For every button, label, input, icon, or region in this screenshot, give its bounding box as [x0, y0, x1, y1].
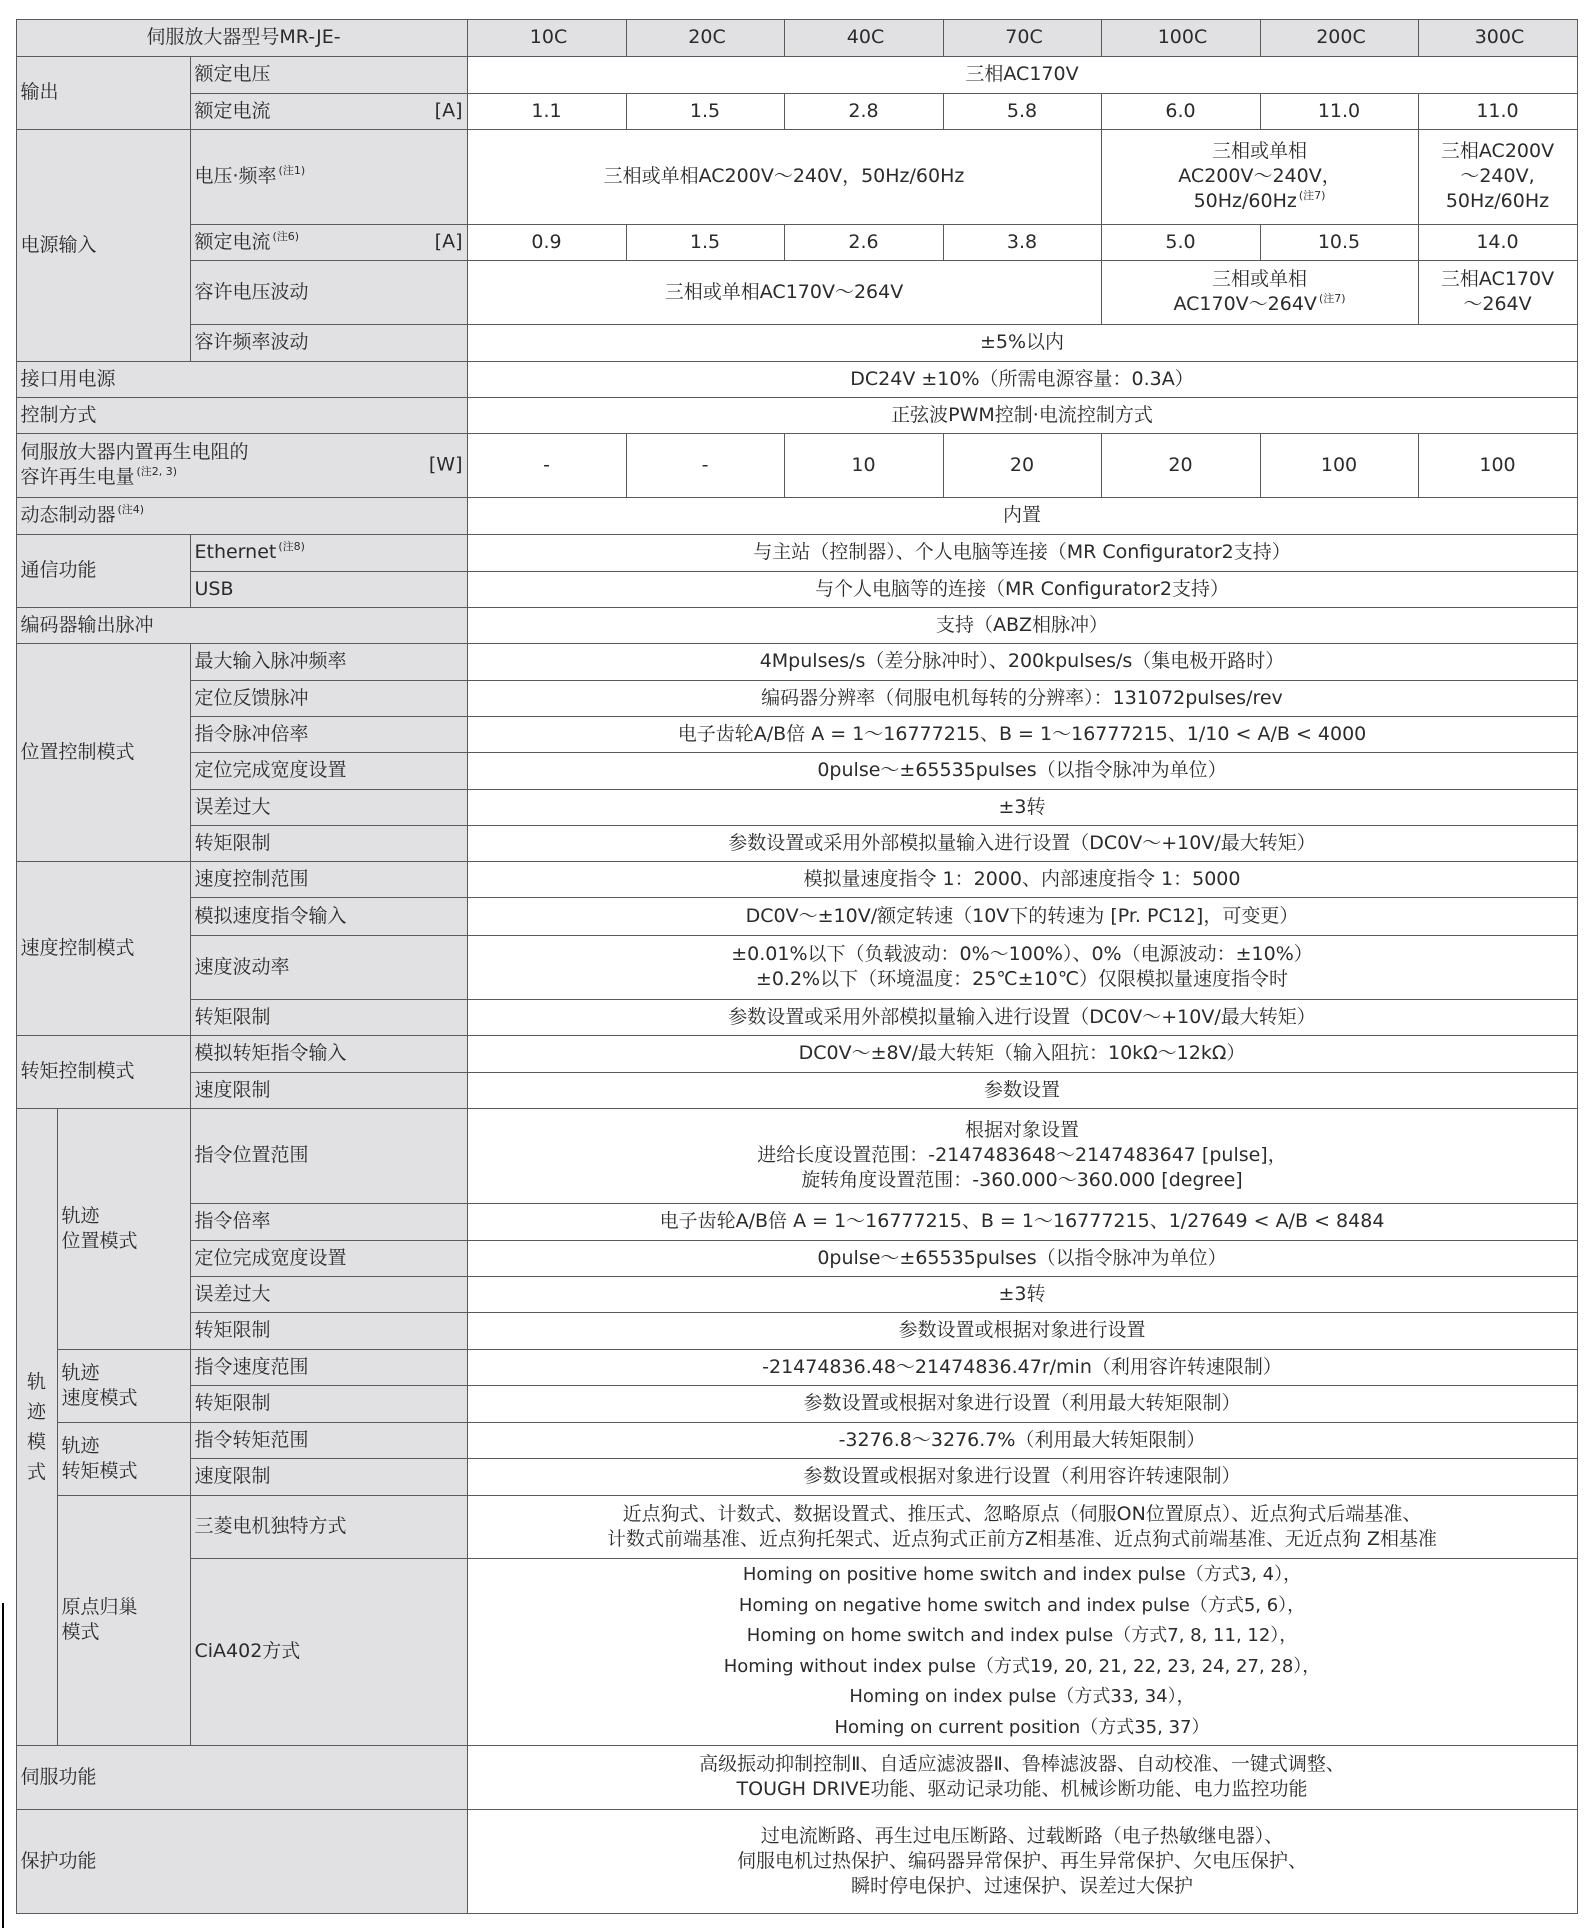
label-pos-row: 最大输入脉冲频率 [190, 643, 468, 681]
label-pos-row: 定位完成宽度设置 [190, 752, 468, 790]
value-input-current-10c: 0.9 [467, 224, 627, 261]
cell-value: 14.0 [1476, 230, 1518, 255]
label-pp-row: 指令位置范围 [190, 1108, 468, 1204]
row-value: 过电流断路、再生过电压断路、过载断路（电子热敏继电器）、 伺服电机过热保护、编码… [737, 1824, 1307, 1899]
row-label: USB [195, 577, 234, 602]
value-speed-row: 模拟量速度指令 1：2000、内部速度指令 1：5000 [467, 861, 1578, 898]
label-interface-power: 接口用电源 [16, 361, 468, 398]
cell-value: 10.5 [1318, 230, 1360, 255]
row-value: 三相或单相AC170V～264V [665, 280, 903, 305]
subgroup-profile-position: 轨迹 位置模式 [57, 1108, 191, 1350]
row-label: 转矩限制 [195, 1005, 271, 1030]
row-value: 三相或单相AC200V～240V，50Hz/60Hz [604, 164, 965, 189]
group-label: 输出 [21, 80, 59, 105]
row-label: 指令位置范围 [195, 1143, 309, 1168]
cell-value: 5.0 [1165, 230, 1195, 255]
value-voltage-frequency-mid: 三相或单相 AC200V～240V， 50Hz/60Hz(注7) [1101, 129, 1419, 225]
footnote-mark: (注7) [1319, 292, 1346, 305]
row-label: 指令倍率 [195, 1209, 271, 1234]
row-value: ±0.01%以下（负载波动：0%～100%）、0%（电源波动：±10%） ±0.… [731, 942, 1313, 992]
label-pp-row: 指令倍率 [190, 1203, 468, 1241]
row-label: 定位完成宽度设置 [195, 1246, 347, 1271]
row-value: -21474836.48～21474836.47r/min（利用容许转速限制） [762, 1355, 1282, 1380]
row-value: DC0V～±8V/最大转矩（输入阻抗：10kΩ～12kΩ） [799, 1041, 1246, 1066]
cell-value: 100 [1321, 453, 1357, 478]
row-label: 额定电压 [195, 62, 271, 87]
value-voltage-fluctuation-mid: 三相或单相 AC170V～264V(注7) [1101, 260, 1419, 325]
cell-value: 2.8 [848, 99, 878, 124]
value-regen-200c: 100 [1260, 433, 1419, 498]
header-model-20c: 20C [626, 19, 785, 57]
row-value: 参数设置或采用外部模拟量输入进行设置（DC0V～+10V/最大转矩） [728, 831, 1315, 856]
row-label: 转矩限制 [195, 831, 271, 856]
group-torque-mode: 转矩控制模式 [16, 1035, 191, 1109]
row-value: 内置 [1003, 503, 1041, 528]
page-edge-line [2, 1603, 4, 1928]
label-homing-row: 三菱电机独特方式 [190, 1495, 468, 1559]
row-label: 转矩限制 [195, 1391, 271, 1416]
row-value: 参数设置或根据对象进行设置（利用容许转速限制） [803, 1464, 1240, 1489]
value-regen-10c: - [467, 433, 627, 498]
value-input-current-200c: 10.5 [1260, 224, 1419, 261]
value-pos-row: 4Mpulses/s（差分脉冲时）、200kpulses/s（集电极开路时） [467, 643, 1578, 681]
row-label: 保护功能 [21, 1849, 97, 1874]
value-pp-row: 参数设置或根据对象进行设置 [467, 1312, 1578, 1350]
value-pos-row: 电子齿轮A/B倍 A = 1～16777215、B = 1～16777215、1… [467, 716, 1578, 753]
value-regen-100c: 20 [1101, 433, 1261, 498]
label-ethernet: Ethernet(注8) [190, 534, 468, 572]
subgroup-label: 轨迹 位置模式 [62, 1204, 138, 1254]
group-label: 位置控制模式 [21, 740, 135, 765]
subgroup-label: 轨迹 速度模式 [62, 1361, 138, 1411]
label-output-rated-current: 额定电流[A] [190, 93, 468, 130]
cell-value: 11.0 [1318, 99, 1360, 124]
label-frequency-fluctuation: 容许频率波动 [190, 324, 468, 362]
value-regen-70c: 20 [943, 433, 1102, 498]
label-torque-row: 模拟转矩指令输入 [190, 1035, 468, 1073]
header-model-text: 伺服放大器型号MR-JE- [146, 25, 340, 50]
value-speed-row: DC0V～±10V/额定转速（10V下的转速为 [Pr. PC12]，可变更） [467, 897, 1578, 936]
group-communication: 通信功能 [16, 534, 191, 608]
value-regen-40c: 10 [784, 433, 944, 498]
value-interface-power: DC24V ±10%（所需电源容量：0.3A） [467, 361, 1578, 398]
row-value: DC0V～±10V/额定转速（10V下的转速为 [Pr. PC12]，可变更） [746, 904, 1299, 929]
subgroup-profile-torque: 轨迹 转矩模式 [57, 1422, 191, 1496]
row-value: 0pulse～±65535pulses（以指令脉冲为单位） [817, 1246, 1226, 1271]
row-value: -3276.8～3276.7%（利用最大转矩限制） [839, 1428, 1206, 1453]
value-voltage-frequency-large: 三相AC200V ～240V, 50Hz/60Hz [1418, 129, 1578, 225]
row-value: ±3转 [998, 795, 1045, 820]
label-pt-row: 速度限制 [190, 1458, 468, 1496]
row-label: 速度限制 [195, 1464, 271, 1489]
row-label: 接口用电源 [21, 367, 116, 392]
label-control-method: 控制方式 [16, 397, 468, 434]
value-output-current-10c: 1.1 [467, 93, 627, 130]
row-value: 编码器分辨率（伺服电机每转的分辨率）：131072pulses/rev [761, 686, 1283, 711]
value-frequency-fluctuation: ±5%以内 [467, 324, 1578, 362]
label-pos-row: 定位反馈脉冲 [190, 680, 468, 717]
label-pv-row: 转矩限制 [190, 1385, 468, 1423]
row-label: 模拟转矩指令输入 [195, 1041, 347, 1066]
value-output-current-40c: 2.8 [784, 93, 944, 130]
label-voltage-fluctuation: 容许电压波动 [190, 260, 468, 325]
value-voltage-fluctuation-large: 三相AC170V ～264V [1418, 260, 1578, 325]
model-text: 300C [1475, 25, 1525, 50]
row-value: 0pulse～±65535pulses（以指令脉冲为单位） [817, 758, 1226, 783]
row-value: 三相AC170V ～264V [1441, 267, 1554, 317]
row-label: 速度波动率 [195, 955, 290, 980]
value-pp-row: 电子齿轮A/B倍 A = 1～16777215、B = 1～16777215、1… [467, 1203, 1578, 1241]
row-value: 与个人电脑等的连接（MR Configurator2支持） [815, 577, 1229, 602]
row-value: 模拟量速度指令 1：2000、内部速度指令 1：5000 [804, 867, 1241, 892]
group-output: 输出 [16, 56, 191, 130]
row-label: 额定电流 [195, 230, 271, 255]
footnote-mark: (注4) [118, 497, 145, 522]
value-input-current-20c: 1.5 [626, 224, 785, 261]
value-protection-functions: 过电流断路、再生过电压断路、过载断路（电子热敏继电器）、 伺服电机过热保护、编码… [467, 1809, 1578, 1914]
label-protection-functions: 保护功能 [16, 1809, 468, 1914]
label-voltage-frequency: 电压·频率(注1) [190, 129, 468, 225]
group-label: 轨 迹 模 式 [27, 1367, 46, 1487]
row-value: 三相或单相 AC200V～240V， 50Hz/60Hz(注7) [1178, 139, 1340, 214]
group-label: 转矩控制模式 [21, 1059, 135, 1084]
label-speed-row: 模拟速度指令输入 [190, 897, 468, 936]
label-speed-row: 速度控制范围 [190, 861, 468, 898]
cell-value: 20 [1168, 453, 1192, 478]
footnote-mark: (注7) [1299, 189, 1326, 202]
value-control-method: 正弦波PWM控制·电流控制方式 [467, 397, 1578, 434]
row-value: 参数设置或根据对象进行设置（利用最大转矩限制） [803, 1391, 1240, 1416]
value-output-current-200c: 11.0 [1260, 93, 1419, 130]
footnote-mark: (注1) [279, 158, 306, 183]
cell-value: 100 [1479, 453, 1515, 478]
row-value: 支持（ABZ相脉冲） [936, 613, 1108, 638]
row-value: 参数设置 [984, 1078, 1060, 1103]
row-label: 电压·频率 [195, 164, 277, 189]
value-regen-300c: 100 [1418, 433, 1578, 498]
label-servo-functions: 伺服功能 [16, 1745, 468, 1810]
row-value: 正弦波PWM控制·电流控制方式 [891, 403, 1153, 428]
header-model-100c: 100C [1101, 19, 1261, 57]
group-label: 速度控制模式 [21, 936, 135, 961]
value-pos-row: 0pulse～±65535pulses（以指令脉冲为单位） [467, 752, 1578, 790]
row-label: 额定电流 [195, 99, 271, 124]
value-input-current-300c: 14.0 [1418, 224, 1578, 261]
model-text: 200C [1316, 25, 1366, 50]
cell-value: 2.6 [848, 230, 878, 255]
value-torque-row: DC0V～±8V/最大转矩（输入阻抗：10kΩ～12kΩ） [467, 1035, 1578, 1073]
label-pos-row: 指令脉冲倍率 [190, 716, 468, 753]
value-pv-row: 参数设置或根据对象进行设置（利用最大转矩限制） [467, 1385, 1578, 1423]
row-label: 误差过大 [195, 795, 271, 820]
group-label: 电源输入 [21, 233, 97, 258]
row-label: 容许电压波动 [195, 280, 309, 305]
value-input-current-40c: 2.6 [784, 224, 944, 261]
value-output-current-20c: 1.5 [626, 93, 785, 130]
row-label: 转矩限制 [195, 1318, 271, 1343]
row-value: 参数设置或采用外部模拟量输入进行设置（DC0V～+10V/最大转矩） [728, 1005, 1315, 1030]
value-speed-row: ±0.01%以下（负载波动：0%～100%）、0%（电源波动：±10%） ±0.… [467, 935, 1578, 1000]
group-power-input: 电源输入 [16, 129, 191, 362]
value-homing-row: 近点狗式、计数式、数据设置式、推压式、忽略原点（伺服ON位置原点）、近点狗式后端… [467, 1495, 1578, 1559]
label-text: 伺服放大器内置再生电阻的 容许再生电量 [21, 441, 249, 488]
value-input-current-100c: 5.0 [1101, 224, 1261, 261]
row-label: 伺服放大器内置再生电阻的 容许再生电量(注2, 3) [21, 440, 249, 490]
value-encoder-output: 支持（ABZ相脉冲） [467, 607, 1578, 644]
label-pos-row: 转矩限制 [190, 825, 468, 862]
value-pos-row: 参数设置或采用外部模拟量输入进行设置（DC0V～+10V/最大转矩） [467, 825, 1578, 862]
value-ethernet: 与主站（控制器）、个人电脑等连接（MR Configurator2支持） [467, 534, 1578, 572]
row-value: 与主站（控制器）、个人电脑等连接（MR Configurator2支持） [753, 540, 1291, 565]
row-label: 容许频率波动 [195, 330, 309, 355]
label-encoder-output: 编码器输出脉冲 [16, 607, 468, 644]
value-pp-row: 根据对象设置 进给长度设置范围：-2147483648～2147483647 [… [467, 1108, 1578, 1204]
row-value: 三相或单相 AC170V～264V(注7) [1173, 267, 1345, 317]
value-voltage-frequency-small: 三相或单相AC200V～240V，50Hz/60Hz [467, 129, 1102, 225]
row-label: CiA402方式 [195, 1639, 301, 1664]
label-pt-row: 指令转矩范围 [190, 1422, 468, 1459]
header-model-70c: 70C [943, 19, 1102, 57]
cell-value: 1.1 [531, 99, 561, 124]
cell-value: 20 [1010, 453, 1034, 478]
value-pt-row: 参数设置或根据对象进行设置（利用容许转速限制） [467, 1458, 1578, 1496]
group-label: 通信功能 [21, 558, 97, 583]
label-input-rated-current: 额定电流(注6)[A] [190, 224, 468, 261]
label-speed-row: 转矩限制 [190, 999, 468, 1036]
label-torque-row: 速度限制 [190, 1072, 468, 1109]
value-text: 三相或单相 AC170V～264V [1173, 268, 1316, 315]
model-text: 100C [1158, 25, 1208, 50]
value-pp-row: ±3转 [467, 1276, 1578, 1313]
cell-value: 6.0 [1165, 99, 1195, 124]
value-regen-20c: - [626, 433, 785, 498]
model-text: 20C [688, 25, 725, 50]
value-servo-functions: 高级振动抑制控制Ⅱ、自适应滤波器Ⅱ、鲁棒滤波器、自动校准、一键式调整、 TOUG… [467, 1745, 1578, 1810]
row-label: 编码器输出脉冲 [21, 613, 154, 638]
value-torque-row: 参数设置 [467, 1072, 1578, 1109]
footnote-mark: (注8) [278, 534, 305, 559]
value-homing-row: Homing on positive home switch and index… [467, 1558, 1578, 1746]
label-usb: USB [190, 571, 468, 608]
row-label: 模拟速度指令输入 [195, 904, 347, 929]
group-speed-mode: 速度控制模式 [16, 861, 191, 1036]
row-value: 三相AC200V ～240V, 50Hz/60Hz [1441, 139, 1554, 214]
header-model-label: 伺服放大器型号MR-JE- [16, 19, 468, 57]
cell-value: - [543, 453, 550, 478]
row-label: 指令转矩范围 [195, 1428, 309, 1453]
value-pos-row: ±3转 [467, 789, 1578, 826]
row-label: 控制方式 [21, 403, 97, 428]
header-model-300c: 300C [1418, 19, 1578, 57]
label-regen-power: 伺服放大器内置再生电阻的 容许再生电量(注2, 3)[W] [16, 433, 468, 498]
cell-value: 3.8 [1007, 230, 1037, 255]
row-value: ±3转 [998, 1282, 1045, 1307]
row-value: Homing on positive home switch and index… [724, 1560, 1321, 1743]
row-value: 根据对象设置 进给长度设置范围：-2147483648～2147483647 [… [757, 1118, 1286, 1193]
row-label: 速度控制范围 [195, 867, 309, 892]
row-value: 4Mpulses/s（差分脉冲时）、200kpulses/s（集电极开路时） [760, 649, 1285, 674]
row-label: 最大输入脉冲频率 [195, 649, 347, 674]
model-text: 10C [530, 25, 567, 50]
row-label: 速度限制 [195, 1078, 271, 1103]
subgroup-label: 轨迹 转矩模式 [62, 1434, 138, 1484]
value-pt-row: -3276.8～3276.7%（利用最大转矩限制） [467, 1422, 1578, 1459]
value-input-current-70c: 3.8 [943, 224, 1102, 261]
group-profile-mode: 轨 迹 模 式 [16, 1108, 58, 1746]
row-label: 三菱电机独特方式 [195, 1514, 347, 1539]
row-value: 近点狗式、计数式、数据设置式、推压式、忽略原点（伺服ON位置原点）、近点狗式后端… [607, 1502, 1437, 1552]
cell-value: 1.5 [690, 99, 720, 124]
model-text: 40C [847, 25, 884, 50]
label-speed-row: 速度波动率 [190, 935, 468, 1000]
row-label: 定位反馈脉冲 [195, 686, 309, 711]
row-value: 三相AC170V [965, 62, 1078, 87]
model-text: 70C [1005, 25, 1042, 50]
cell-value: 10 [851, 453, 875, 478]
row-value: 参数设置或根据对象进行设置 [898, 1318, 1145, 1343]
label-pp-row: 误差过大 [190, 1276, 468, 1313]
row-label: 指令速度范围 [195, 1355, 309, 1380]
label-rated-voltage: 额定电压 [190, 56, 468, 94]
footnote-mark: (注2, 3) [137, 465, 178, 478]
footnote-mark: (注6) [273, 224, 300, 249]
value-pos-row: 编码器分辨率（伺服电机每转的分辨率）：131072pulses/rev [467, 680, 1578, 717]
value-pv-row: -21474836.48～21474836.47r/min（利用容许转速限制） [467, 1349, 1578, 1386]
row-label: 定位完成宽度设置 [195, 758, 347, 783]
label-homing-row: CiA402方式 [190, 1558, 468, 1746]
unit-label: [W] [429, 453, 463, 478]
value-dynamic-brake: 内置 [467, 497, 1578, 535]
row-label: Ethernet [195, 540, 277, 565]
value-output-current-100c: 6.0 [1101, 93, 1261, 130]
row-value: 电子齿轮A/B倍 A = 1～16777215、B = 1～16777215、1… [660, 1209, 1385, 1234]
row-value: 电子齿轮A/B倍 A = 1～16777215、B = 1～16777215、1… [678, 722, 1367, 747]
unit-label: [A] [435, 99, 463, 124]
value-speed-row: 参数设置或采用外部模拟量输入进行设置（DC0V～+10V/最大转矩） [467, 999, 1578, 1036]
label-dynamic-brake: 动态制动器(注4) [16, 497, 468, 535]
value-output-current-300c: 11.0 [1418, 93, 1578, 130]
value-voltage-fluctuation-small: 三相或单相AC170V～264V [467, 260, 1102, 325]
value-usb: 与个人电脑等的连接（MR Configurator2支持） [467, 571, 1578, 608]
subgroup-profile-velocity: 轨迹 速度模式 [57, 1349, 191, 1423]
row-label: 误差过大 [195, 1282, 271, 1307]
row-value: DC24V ±10%（所需电源容量：0.3A） [850, 367, 1193, 392]
header-model-40c: 40C [784, 19, 944, 57]
row-value: ±5%以内 [980, 330, 1064, 355]
label-pv-row: 指令速度范围 [190, 1349, 468, 1386]
row-label: 动态制动器 [21, 503, 116, 528]
header-model-200c: 200C [1260, 19, 1419, 57]
cell-value: 11.0 [1476, 99, 1518, 124]
row-value: 高级振动抑制控制Ⅱ、自适应滤波器Ⅱ、鲁棒滤波器、自动校准、一键式调整、 TOUG… [699, 1752, 1345, 1802]
cell-value: 5.8 [1007, 99, 1037, 124]
cell-value: 1.5 [690, 230, 720, 255]
value-rated-voltage: 三相AC170V [467, 56, 1578, 94]
subgroup-homing: 原点归巢 模式 [57, 1495, 191, 1746]
cell-value: - [702, 453, 709, 478]
label-pp-row: 转矩限制 [190, 1312, 468, 1350]
value-output-current-70c: 5.8 [943, 93, 1102, 130]
label-pos-row: 误差过大 [190, 789, 468, 826]
group-position-mode: 位置控制模式 [16, 643, 191, 862]
value-pp-row: 0pulse～±65535pulses（以指令脉冲为单位） [467, 1240, 1578, 1277]
header-model-10c: 10C [467, 19, 627, 57]
unit-label: [A] [435, 230, 463, 255]
subgroup-label: 原点归巢 模式 [62, 1595, 138, 1645]
cell-value: 0.9 [531, 230, 561, 255]
row-label: 指令脉冲倍率 [195, 722, 309, 747]
row-label: 伺服功能 [21, 1765, 97, 1790]
label-pp-row: 定位完成宽度设置 [190, 1240, 468, 1277]
